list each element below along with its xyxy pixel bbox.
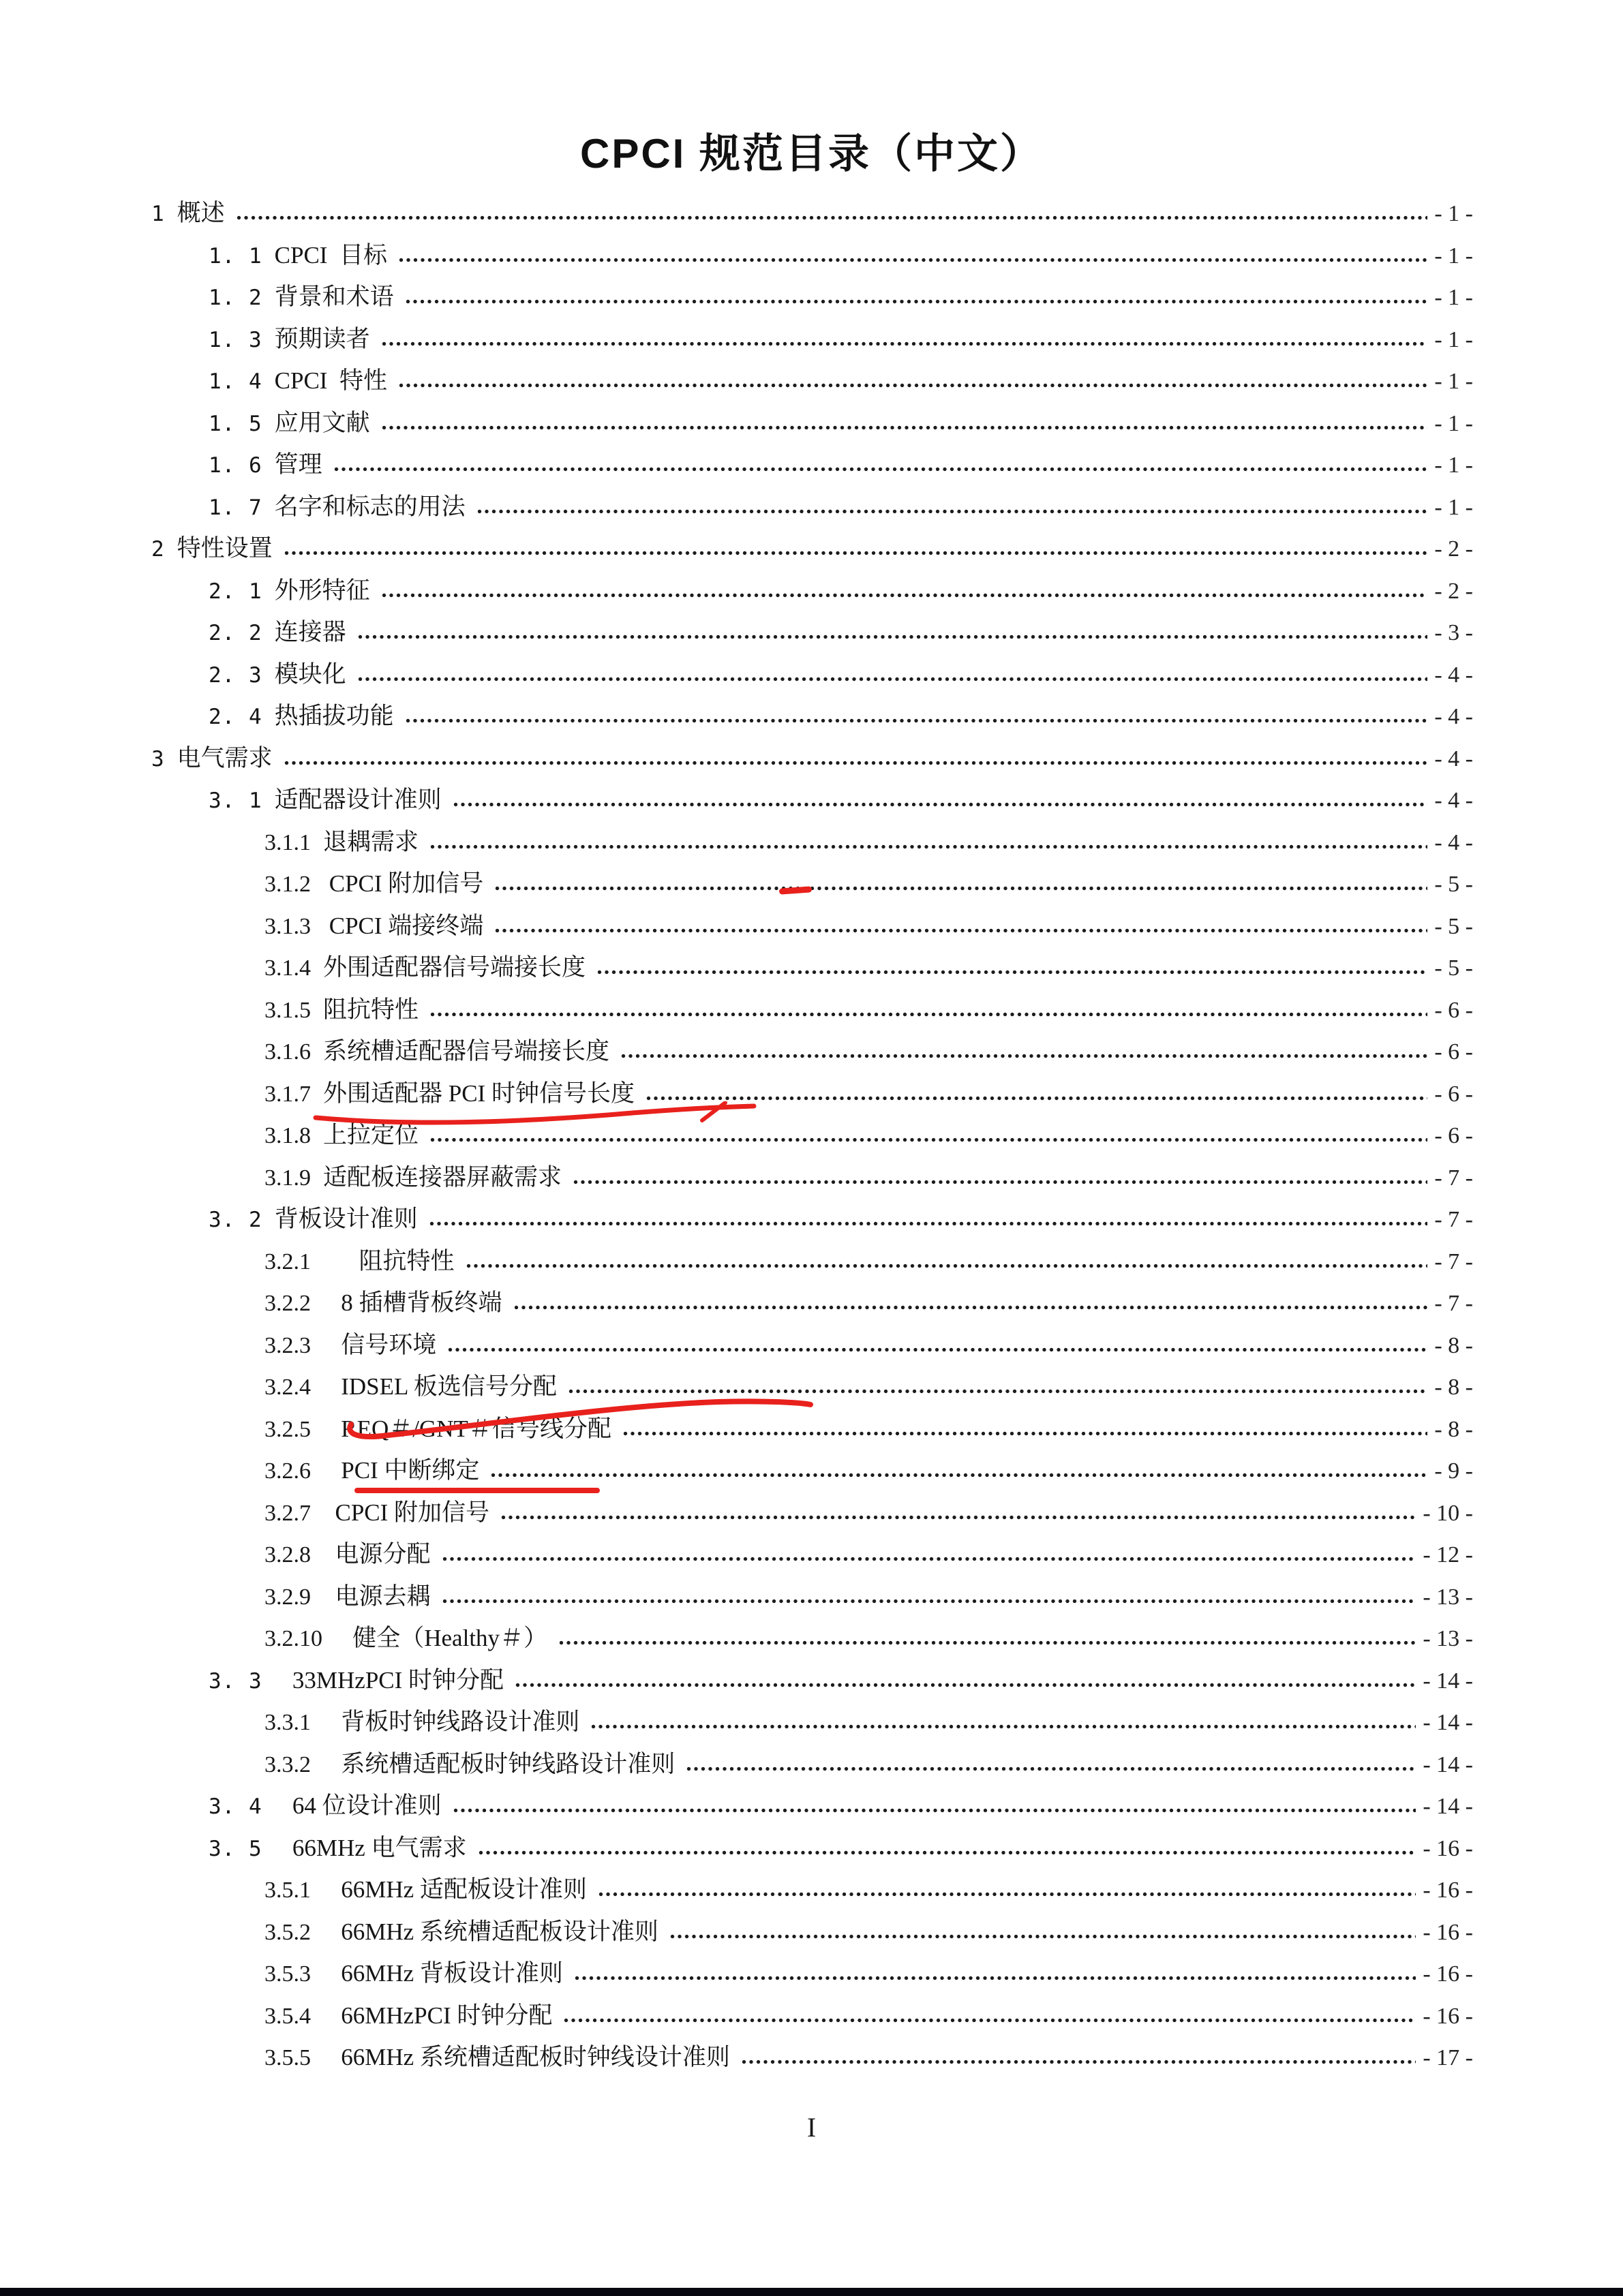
toc-entry-page-number: - 1 -: [1434, 444, 1473, 487]
toc-entry: 3.1.3 CPCI 端接终端- 5 -: [151, 905, 1473, 947]
dot-leader: [596, 969, 1427, 975]
toc-entry-title: PCI 中断绑定: [323, 1450, 479, 1492]
dot-leader: [490, 1472, 1427, 1478]
toc-entry: 3. 2背板设计准则- 7 -: [151, 1198, 1473, 1240]
toc-entry: 3.2.3 信号环境- 8 -: [151, 1324, 1473, 1366]
toc-entry: 3.2.6 PCI 中断绑定- 9 -: [151, 1450, 1473, 1492]
toc-entry-title: 名字和标志的用法: [275, 486, 466, 528]
toc-entry-title: 连接器: [275, 611, 346, 654]
toc-entry-number: 1. 4: [209, 361, 262, 403]
toc-entry-page-number: - 12 -: [1423, 1534, 1473, 1576]
dot-leader: [453, 801, 1428, 808]
toc-entry: 3. 5 66MHz 电气需求- 16 -: [151, 1827, 1473, 1869]
dot-leader: [333, 466, 1428, 472]
toc-entry-title: 模块化: [275, 654, 346, 696]
toc-entry: 3.1.7外围适配器 PCI 时钟信号长度- 6 -: [151, 1073, 1473, 1115]
toc-entry-number: 2. 2: [209, 613, 262, 655]
toc-entry-title: IDSEL 板选信号分配: [323, 1366, 557, 1408]
dot-leader: [429, 1137, 1427, 1143]
dot-leader: [686, 1766, 1416, 1772]
toc-entry-number: 3.2.5: [264, 1409, 311, 1451]
toc-entry-number: 3. 2: [209, 1199, 262, 1242]
toc-entry-number: 1. 7: [209, 487, 262, 530]
toc-entry-page-number: - 8 -: [1434, 1409, 1473, 1451]
dot-leader: [447, 1347, 1427, 1353]
toc-entry-number: 1. 5: [209, 403, 262, 446]
toc-entry-title: 阻抗特性: [323, 1240, 455, 1283]
toc-entry-title: 退耦需求: [323, 821, 419, 863]
toc-entry: 3.1.4外围适配器信号端接长度- 5 -: [151, 947, 1473, 989]
toc-entry-title: 64 位设计准则: [275, 1785, 442, 1827]
toc-entry-number: 3.2.7: [264, 1493, 311, 1535]
toc-entry-number: 1: [151, 194, 165, 236]
toc-entry: 3.2.5 REQ＃/GNT＃信号线分配- 8 -: [151, 1408, 1473, 1450]
toc-entry-title: 66MHz 背板设计准则: [323, 1953, 563, 1995]
toc-entry-page-number: - 17 -: [1423, 2037, 1473, 2079]
toc-entry-title: CPCI 附加信号: [323, 1492, 489, 1534]
toc-entry: 3.2.8 电源分配- 12 -: [151, 1533, 1473, 1576]
toc-entry-page-number: - 2 -: [1434, 570, 1473, 613]
toc-entry-number: 3.2.9: [264, 1576, 311, 1619]
toc-entry-title: 66MHzPCI 时钟分配: [323, 1995, 552, 2037]
toc-entry-number: 3.5.3: [264, 1953, 311, 1995]
toc-entry-title: 背景和术语: [275, 276, 394, 318]
dot-leader: [669, 1933, 1416, 1940]
toc-entry-page-number: - 8 -: [1434, 1366, 1473, 1409]
toc-entry: 3.3.2 系统槽适配板时钟线路设计准则- 14 -: [151, 1743, 1473, 1786]
dot-leader: [563, 2017, 1416, 2023]
dot-leader: [398, 382, 1427, 388]
dot-leader: [476, 508, 1428, 515]
toc-entry-number: 3. 4: [209, 1786, 262, 1828]
toc-entry-page-number: - 14 -: [1423, 1660, 1473, 1702]
dot-leader: [381, 592, 1428, 598]
toc-entry-page-number: - 1 -: [1434, 277, 1473, 319]
toc-entry-page-number: - 7 -: [1434, 1157, 1473, 1199]
toc-entry-title: 特性设置: [177, 527, 273, 570]
dot-leader: [429, 844, 1427, 850]
dot-leader: [573, 1179, 1427, 1185]
dot-leader: [284, 760, 1428, 766]
toc-entry-number: 3.1.7: [264, 1073, 311, 1116]
toc-entry-number: 3.1.9: [264, 1157, 311, 1199]
toc-entry-number: 3.1.2: [264, 863, 311, 906]
toc-entry-page-number: - 16 -: [1423, 1953, 1473, 1995]
dot-leader: [466, 1263, 1428, 1269]
toc-entry-title: 应用文献: [275, 402, 370, 444]
toc-entry-number: 3.1.4: [264, 947, 311, 990]
dot-leader: [398, 257, 1427, 263]
toc-entry-page-number: - 5 -: [1434, 863, 1473, 906]
toc-entry-title: 适配器设计准则: [275, 779, 442, 821]
toc-entry: 3.5.4 66MHzPCI 时钟分配- 16 -: [151, 1995, 1473, 2037]
toc-entry-page-number: - 14 -: [1423, 1786, 1473, 1828]
toc-entry-page-number: - 16 -: [1423, 1828, 1473, 1870]
toc-entry-title: CPCI 端接终端: [323, 905, 483, 947]
toc-entry-number: 3.3.1: [264, 1702, 311, 1744]
dot-leader: [500, 1514, 1416, 1520]
toc-entry: 2. 4热插拔功能- 4 -: [151, 695, 1473, 737]
toc-entry-page-number: - 1 -: [1434, 235, 1473, 277]
toc-entry: 2特性设置- 2 -: [151, 527, 1473, 570]
toc-entry-number: 3.2.3: [264, 1325, 311, 1367]
toc-entry-page-number: - 6 -: [1434, 1073, 1473, 1116]
toc-entry-number: 3: [151, 739, 165, 781]
toc-entry-number: 3.2.4: [264, 1366, 311, 1409]
toc-entry-number: 3.1.6: [264, 1031, 311, 1073]
dot-leader: [284, 550, 1428, 556]
toc-entry-title: 66MHz 系统槽适配板时钟线设计准则: [323, 2036, 730, 2079]
toc-entry-number: 1. 2: [209, 277, 262, 320]
document-page: CPCI 规范目录（中文） 1概述- 1 -1. 1CPCI 目标- 1 -1.…: [0, 0, 1623, 2296]
dot-leader: [453, 1807, 1416, 1813]
toc-entry-page-number: - 7 -: [1434, 1199, 1473, 1241]
toc-entry: 3.1.5阻抗特性- 6 -: [151, 989, 1473, 1031]
footer-page-number: I: [0, 2111, 1623, 2143]
dot-leader: [513, 1304, 1428, 1311]
toc-entry-title: CPCI 特性: [275, 360, 387, 402]
toc-entry: 1. 6管理- 1 -: [151, 444, 1473, 486]
toc-entry-number: 2. 1: [209, 571, 262, 613]
toc-entry: 3.1.2 CPCI 附加信号- 5 -: [151, 863, 1473, 905]
bottom-bar: [0, 2288, 1623, 2296]
toc-entry-page-number: - 6 -: [1434, 990, 1473, 1032]
toc-entry-number: 3.5.1: [264, 1869, 311, 1912]
toc-entry-page-number: - 13 -: [1423, 1618, 1473, 1660]
toc-entry-number: 3.2.6: [264, 1450, 311, 1493]
dot-leader: [558, 1640, 1416, 1646]
toc-entry-page-number: - 1 -: [1434, 487, 1473, 529]
dot-leader: [236, 215, 1428, 221]
toc-entry-page-number: - 14 -: [1423, 1744, 1473, 1786]
page-title: CPCI 规范目录（中文）: [0, 121, 1623, 180]
dot-leader: [494, 885, 1427, 891]
toc-entry: 3.5.5 66MHz 系统槽适配板时钟线设计准则- 17 -: [151, 2036, 1473, 2079]
toc-entry-title: 电源去耦: [323, 1576, 431, 1618]
toc-entry-title: 管理: [275, 444, 322, 486]
dot-leader: [622, 1430, 1427, 1437]
dot-leader: [381, 425, 1428, 431]
toc-entry-page-number: - 4 -: [1434, 822, 1473, 864]
toc-entry: 1. 3预期读者- 1 -: [151, 318, 1473, 361]
toc-entry-number: 3.1.8: [264, 1115, 311, 1157]
dot-leader: [405, 718, 1428, 724]
toc-entry-number: 1. 1: [209, 236, 262, 278]
toc-entry-number: 3.3.2: [264, 1744, 311, 1786]
toc-entry-title: 外围适配器 PCI 时钟信号长度: [323, 1073, 635, 1115]
toc-entry-number: 2. 4: [209, 697, 262, 739]
toc-entry-title: CPCI 目标: [275, 234, 387, 277]
toc-entry: 3.2.10 健全（Healthy＃）- 13 -: [151, 1617, 1473, 1659]
toc-entry: 3.1.9适配板连接器屏蔽需求- 7 -: [151, 1157, 1473, 1199]
dot-leader: [568, 1388, 1427, 1394]
toc-entry-page-number: - 9 -: [1434, 1450, 1473, 1493]
toc-entry-number: 3. 5: [209, 1828, 262, 1871]
toc-entry-title: 背板时钟线路设计准则: [323, 1701, 579, 1743]
toc-entry-page-number: - 16 -: [1423, 1995, 1473, 2038]
toc-entry-title: 信号环境: [323, 1324, 436, 1366]
toc-entry-title: 电气需求: [177, 737, 273, 780]
toc-entry: 3. 4 64 位设计准则- 14 -: [151, 1785, 1473, 1827]
toc-entry-page-number: - 6 -: [1434, 1031, 1473, 1073]
toc-entry-title: 8 插槽背板终端: [323, 1282, 502, 1324]
toc-entry-page-number: - 4 -: [1434, 780, 1473, 822]
toc-entry-page-number: - 14 -: [1423, 1702, 1473, 1744]
toc-entry-number: 3.2.8: [264, 1534, 311, 1576]
toc-entry: 3.2.2 8 插槽背板终端- 7 -: [151, 1282, 1473, 1324]
toc-entry: 3. 3 33MHzPCI 时钟分配- 14 -: [151, 1659, 1473, 1702]
dot-leader: [381, 341, 1428, 347]
toc-entry: 3.1.8上拉定位- 6 -: [151, 1114, 1473, 1157]
toc-list: 1概述- 1 -1. 1CPCI 目标- 1 -1. 2背景和术语- 1 -1.…: [151, 192, 1473, 2079]
toc-entry-number: 3.1.3: [264, 906, 311, 948]
toc-entry: 1. 2背景和术语- 1 -: [151, 276, 1473, 318]
toc-entry-title: 66MHz 电气需求: [275, 1827, 467, 1869]
toc-entry-title: 背板设计准则: [275, 1198, 418, 1240]
toc-entry-number: 3.2.10: [264, 1618, 322, 1660]
toc-entry-number: 3.1.1: [264, 822, 311, 864]
toc-entry: 3.5.3 66MHz 背板设计准则- 16 -: [151, 1953, 1473, 1995]
toc-entry-title: 热插拔功能: [275, 695, 394, 737]
toc-entry-number: 3.2.2: [264, 1283, 311, 1325]
dot-leader: [620, 1053, 1427, 1059]
toc-entry-page-number: - 7 -: [1434, 1283, 1473, 1325]
toc-entry: 3.1.1退耦需求- 4 -: [151, 821, 1473, 863]
toc-entry-title: 阻抗特性: [323, 989, 419, 1031]
toc-entry: 3电气需求- 4 -: [151, 737, 1473, 780]
toc-entry-number: 3.5.2: [264, 1912, 311, 1954]
toc-entry-title: 66MHz 系统槽适配板设计准则: [323, 1911, 658, 1953]
toc-entry: 3.1.6系统槽适配器信号端接长度- 6 -: [151, 1030, 1473, 1073]
toc-entry: 3. 1适配器设计准则- 4 -: [151, 779, 1473, 821]
toc-entry-title: 适配板连接器屏蔽需求: [323, 1157, 562, 1199]
toc-entry-title: 33MHzPCI 时钟分配: [275, 1659, 504, 1702]
toc-entry-page-number: - 2 -: [1434, 528, 1473, 570]
dot-leader: [515, 1682, 1416, 1688]
toc-entry-page-number: - 5 -: [1434, 906, 1473, 948]
toc-entry-number: 3. 1: [209, 780, 262, 823]
toc-entry-page-number: - 10 -: [1423, 1493, 1473, 1535]
toc-entry-title: 外形特征: [275, 570, 370, 612]
toc-entry-number: 1. 6: [209, 445, 262, 487]
toc-entry-page-number: - 6 -: [1434, 1115, 1473, 1157]
dot-leader: [405, 299, 1428, 305]
toc-entry-title: REQ＃/GNT＃信号线分配: [323, 1408, 611, 1450]
dot-leader: [429, 1011, 1427, 1017]
toc-entry-number: 3.5.4: [264, 1995, 311, 2038]
dot-leader: [442, 1556, 1416, 1562]
toc-entry-number: 2. 3: [209, 655, 262, 697]
toc-entry: 3.5.2 66MHz 系统槽适配板设计准则- 16 -: [151, 1911, 1473, 1953]
toc-entry-page-number: - 7 -: [1434, 1241, 1473, 1283]
toc-entry-title: 系统槽适配器信号端接长度: [323, 1030, 609, 1073]
dot-leader: [357, 634, 1428, 640]
toc-entry-title: 健全（Healthy＃）: [335, 1617, 547, 1659]
toc-entry-page-number: - 1 -: [1434, 361, 1473, 403]
toc-entry-title: 预期读者: [275, 318, 370, 361]
toc-entry-page-number: - 8 -: [1434, 1325, 1473, 1367]
toc-entry-page-number: - 16 -: [1423, 1869, 1473, 1912]
dot-leader: [357, 676, 1428, 682]
toc-entry: 1. 7名字和标志的用法- 1 -: [151, 486, 1473, 528]
toc-entry-title: CPCI 附加信号: [323, 863, 483, 905]
toc-entry: 3.2.9 电源去耦- 13 -: [151, 1576, 1473, 1618]
toc-entry-title: 系统槽适配板时钟线路设计准则: [323, 1743, 675, 1786]
toc-entry-number: 3.1.5: [264, 990, 311, 1032]
toc-entry: 3.3.1 背板时钟线路设计准则- 14 -: [151, 1701, 1473, 1743]
toc-entry-page-number: - 4 -: [1434, 654, 1473, 697]
dot-leader: [741, 2059, 1416, 2065]
toc-entry-number: 2: [151, 529, 165, 571]
dot-leader: [574, 1975, 1416, 1981]
dot-leader: [478, 1850, 1416, 1856]
toc-entry-page-number: - 5 -: [1434, 947, 1473, 990]
toc-entry-page-number: - 1 -: [1434, 193, 1473, 235]
toc-entry-title: 概述: [177, 192, 225, 234]
dot-leader: [442, 1598, 1416, 1604]
toc-entry-page-number: - 1 -: [1434, 319, 1473, 361]
toc-entry-page-number: - 13 -: [1423, 1576, 1473, 1619]
toc-entry: 1. 1CPCI 目标- 1 -: [151, 234, 1473, 277]
toc-entry: 2. 2连接器- 3 -: [151, 611, 1473, 654]
toc-entry: 3.2.4 IDSEL 板选信号分配- 8 -: [151, 1366, 1473, 1408]
toc-entry-page-number: - 4 -: [1434, 696, 1473, 738]
toc-entry-page-number: - 3 -: [1434, 612, 1473, 654]
toc-entry: 3.5.1 66MHz 适配板设计准则- 16 -: [151, 1869, 1473, 1911]
toc-entry: 3.2.1 阻抗特性- 7 -: [151, 1240, 1473, 1283]
toc-entry-page-number: - 4 -: [1434, 738, 1473, 780]
dot-leader: [429, 1221, 1428, 1227]
toc-entry: 2. 1外形特征- 2 -: [151, 570, 1473, 612]
toc-entry-title: 外围适配器信号端接长度: [323, 947, 586, 989]
toc-entry: 1. 4CPCI 特性- 1 -: [151, 360, 1473, 402]
toc-entry-number: 1. 3: [209, 320, 262, 362]
toc-entry: 1. 5应用文献- 1 -: [151, 402, 1473, 444]
toc-entry-title: 66MHz 适配板设计准则: [323, 1869, 587, 1911]
toc-entry-number: 3.2.1: [264, 1241, 311, 1283]
toc-entry-page-number: - 1 -: [1434, 403, 1473, 445]
toc-entry: 2. 3模块化- 4 -: [151, 654, 1473, 696]
toc-entry-number: 3.5.5: [264, 2037, 311, 2079]
dot-leader: [646, 1095, 1427, 1101]
toc-entry-title: 上拉定位: [323, 1114, 419, 1157]
toc-entry-number: 3. 3: [209, 1661, 262, 1703]
toc-entry-page-number: - 16 -: [1423, 1912, 1473, 1954]
toc-entry: 3.2.7 CPCI 附加信号- 10 -: [151, 1492, 1473, 1534]
dot-leader: [598, 1891, 1416, 1897]
toc-entry-title: 电源分配: [323, 1533, 431, 1576]
toc-entry: 1概述- 1 -: [151, 192, 1473, 234]
dot-leader: [590, 1724, 1416, 1730]
dot-leader: [494, 928, 1427, 934]
